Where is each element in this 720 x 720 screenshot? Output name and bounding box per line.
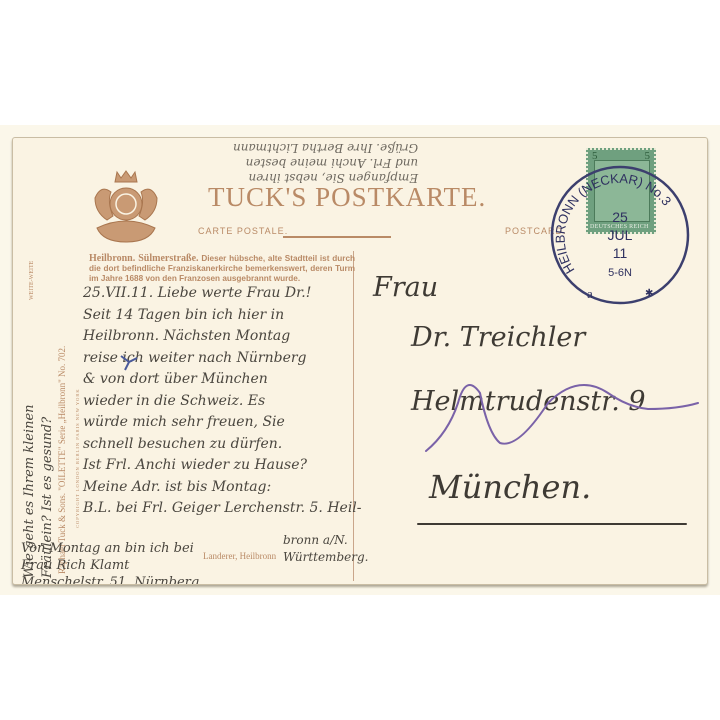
postscript-line: Von Montag an bin ich bei	[21, 540, 199, 557]
postscript-line: Menschelstr. 51. Nürnberg	[21, 574, 199, 585]
publisher-credit: Landerer, Heilbronn	[203, 551, 276, 561]
address-salutation: Frau	[373, 272, 438, 303]
message-line: B.L. bei Frl. Geiger Lerchenstr. 5. Heil…	[83, 498, 362, 520]
picture-description: Heilbronn. Sülmerstraße. Dieser hübsche,…	[89, 254, 355, 284]
city-underline	[417, 523, 687, 525]
ink-blot	[117, 350, 141, 374]
address-name: Dr. Treichler	[411, 322, 585, 353]
greeting-line: Grüße. Ihre Bertha Lichtmann	[233, 140, 418, 155]
message-continuation: bronn a/N. Württemberg.	[283, 532, 368, 566]
message-line: Meine Adr. ist bis Montag:	[83, 477, 362, 499]
address-city: München.	[429, 468, 591, 506]
svg-text:5-6N: 5-6N	[608, 267, 632, 279]
royal-crest-icon	[87, 168, 165, 246]
continuation-line: bronn a/N.	[283, 532, 368, 549]
svg-text:a: a	[587, 286, 593, 301]
postcard: Empfangen Sie, nebst ihren und Frl. Anch…	[12, 137, 708, 585]
continuation-line: Württemberg.	[283, 549, 368, 566]
carte-postale-label: CARTE POSTALE.	[198, 226, 288, 236]
copyright-line: COPYRIGHT LONDON BERLIN PARIS NEW YORK	[75, 388, 80, 528]
message-line: Ist Frl. Anchi wieder zu Hause?	[83, 455, 362, 477]
postscript-line: Frau Rich Klamt	[21, 557, 199, 574]
message-line: 25.VII.11. Liebe werte Frau Dr.!	[83, 283, 362, 305]
svg-text:11: 11	[613, 245, 628, 261]
svg-text:JUL: JUL	[608, 227, 633, 243]
svg-text:✱: ✱	[645, 288, 653, 299]
svg-text:25: 25	[612, 209, 628, 225]
description-heading: Heilbronn. Sülmerstraße.	[89, 253, 199, 264]
upside-down-greeting: Empfangen Sie, nebst ihren und Frl. Anch…	[233, 140, 418, 185]
message-line: würde mich sehr freuen, Sie	[83, 412, 362, 434]
message-line: schnell besuchen zu dürfen.	[83, 434, 362, 456]
message-line: wieder in die Schweiz. Es	[83, 391, 362, 413]
message-postscript: Von Montag an bin ich bei Frau Rich Klam…	[21, 540, 199, 585]
card-title: TUCK'S POSTKARTE.	[208, 182, 486, 213]
weite-mark: WEITE-WEITE	[29, 261, 35, 300]
title-rule	[283, 236, 391, 238]
postmark-icon: HEILBRONN (NECKAR) No.3 25 JUL 11 5-6N a…	[545, 160, 695, 310]
handwritten-message: 25.VII.11. Liebe werte Frau Dr.! Seit 14…	[83, 283, 362, 520]
message-line: Seit 14 Tagen bin ich hier in	[83, 305, 362, 327]
message-line: Heilbronn. Nächsten Montag	[83, 326, 362, 348]
ink-scribble	[408, 363, 708, 473]
greeting-line: und Frl. Anchi meine besten	[233, 155, 418, 170]
